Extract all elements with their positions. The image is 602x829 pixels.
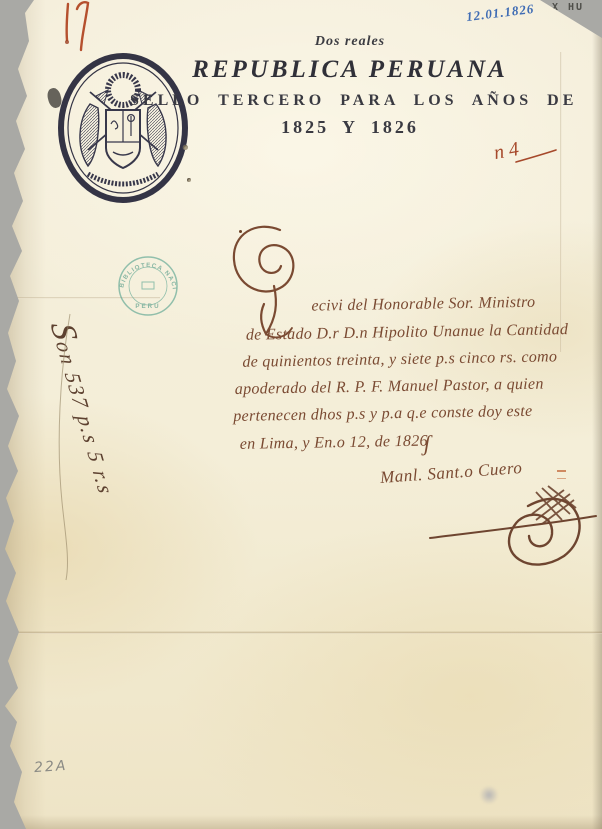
document-title: REPUBLICA PERUANA (130, 56, 570, 84)
number-annotation-swash (514, 146, 558, 166)
body-line-1: ecivi del Honorable Sor. Ministro (311, 294, 535, 316)
fold-crease-horizontal (0, 631, 602, 634)
svg-text:PERU: PERU (135, 303, 160, 310)
body-line-3: de quinientos treinta, y siete p.s cinco… (242, 348, 557, 371)
body-line-6: en Lima, y En.o 12, de 1826 (240, 433, 428, 454)
tax-value-line: Dos reales (130, 34, 570, 50)
archival-date-annotation: 12.01.1826 (465, 1, 535, 25)
pencil-page-label: 22A (33, 758, 67, 776)
torn-edge-shading (0, 0, 46, 829)
body-line-5: pertenecen dhos p.s y p.a q.e conste doy… (233, 403, 532, 426)
document-subtitle: SELLO TERCERO PARA LOS AÑOS DE (130, 92, 570, 110)
ink-smudge (480, 785, 498, 805)
scanned-document-scene: X HU 12.01.1826 (0, 0, 602, 829)
bottom-edge-shading (0, 815, 602, 829)
document-paper: 12.01.1826 (0, 0, 602, 829)
library-stamp-icon: BIBLIOTECA NACIONAL PERU (116, 254, 180, 318)
margin-crease-line (52, 312, 82, 582)
paper-hole (187, 178, 191, 182)
initial-flourish-icon (222, 220, 322, 342)
svg-text:BIBLIOTECA NACIONAL: BIBLIOTECA NACIONAL (116, 254, 178, 291)
small-orange-mark (557, 470, 566, 479)
document-years: 1825 Y 1826 (130, 117, 570, 138)
paper-hole (183, 145, 188, 150)
printed-letterhead: Dos reales REPUBLICA PERUANA SELLO TERCE… (130, 34, 570, 138)
closing-rubric-mark: ʃ (424, 431, 430, 457)
signature-rubric-icon (428, 474, 598, 584)
right-edge-shading (592, 0, 602, 829)
body-line-4: apoderado del R. P. F. Manuel Pastor, a … (235, 376, 544, 399)
red-pen-marks-icon (56, 0, 102, 56)
